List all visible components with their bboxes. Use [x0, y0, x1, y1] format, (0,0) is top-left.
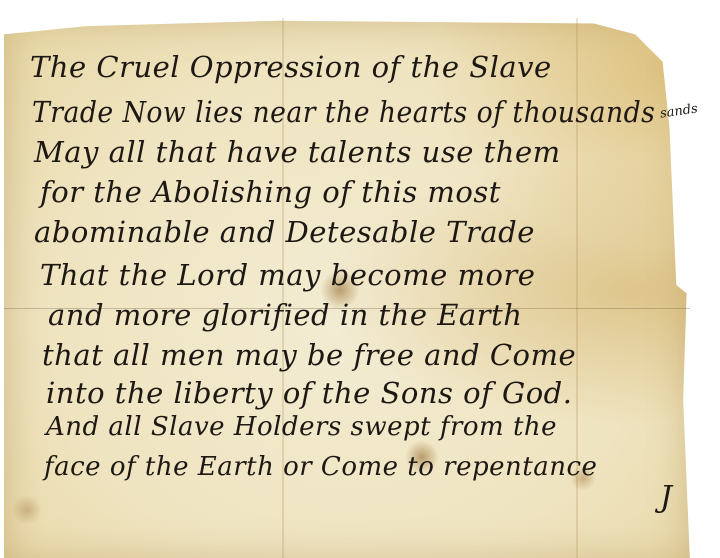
- manuscript-line-8: that all men may be free and Come: [42, 338, 576, 372]
- manuscript-line-6: That the Lord may become more: [40, 258, 535, 292]
- manuscript-line-4: for the Abolishing of this most: [40, 175, 501, 209]
- manuscript-line-2: Trade Now lies near the hearts of thousa…: [32, 95, 655, 129]
- manuscript-line-10: And all Slave Holders swept from the: [46, 412, 557, 442]
- water-stain: [12, 495, 42, 525]
- manuscript-line-3: May all that have talents use them: [34, 135, 561, 169]
- manuscript-line-5: abominable and Detesable Trade: [34, 215, 535, 249]
- manuscript-line-9: into the liberty of the Sons of God.: [46, 376, 572, 410]
- manuscript-line-7: and more glorified in the Earth: [48, 298, 522, 332]
- manuscript-line-1: The Cruel Oppression of the Slave: [30, 50, 552, 84]
- manuscript-line-11: face of the Earth or Come to repentance: [44, 452, 597, 482]
- end-mark: J: [660, 480, 672, 515]
